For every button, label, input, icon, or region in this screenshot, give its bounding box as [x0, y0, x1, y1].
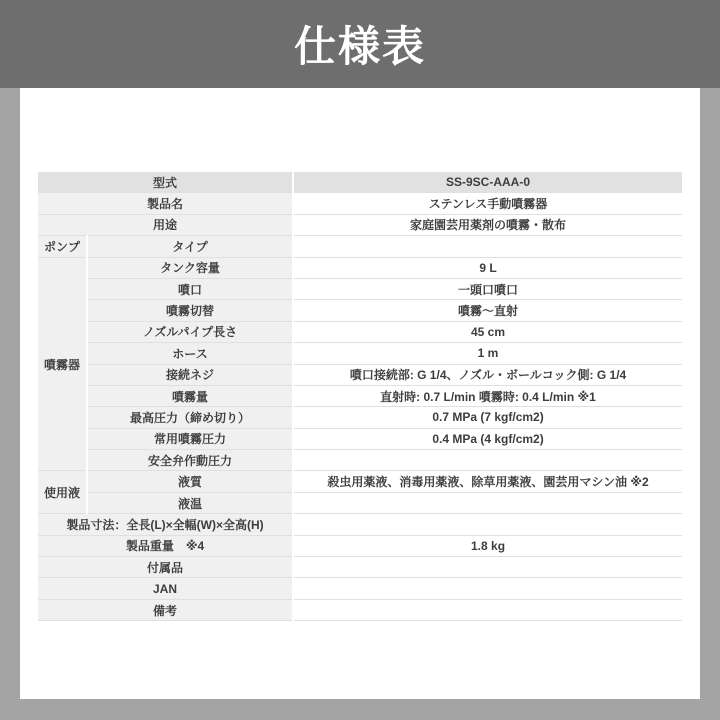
row-value [293, 236, 682, 257]
row-value: 一頭口噴口 [293, 278, 682, 299]
row-label: 噴霧切替 [87, 300, 293, 321]
table-row-hose: ホース 1 m [38, 343, 682, 364]
row-label: 常用噴霧圧力 [87, 428, 293, 449]
row-value: 1.8 kg [293, 535, 682, 556]
row-label: 安全弁作動圧力 [87, 450, 293, 471]
row-label: 型式 [38, 172, 293, 193]
row-value: 家庭園芸用薬剤の噴霧・散布 [293, 214, 682, 235]
table-row-dimensions: 製品寸法：全長(L)×全幅(W)×全高(H) [38, 514, 682, 535]
row-value [293, 557, 682, 578]
row-value: 噴口接続部: G 1/4、ノズル・ボールコック側: G 1/4 [293, 364, 682, 385]
row-value [293, 492, 682, 513]
table-row-remarks: 備考 [38, 599, 682, 620]
table-row-liquid-temp: 液温 [38, 492, 682, 513]
row-label: 製品重量 ※4 [38, 535, 293, 556]
table-row-nozzle-pipe-length: ノズルパイプ長さ 45 cm [38, 321, 682, 342]
row-label: 接続ネジ [87, 364, 293, 385]
row-label: ノズルパイプ長さ [87, 321, 293, 342]
row-value: 1 m [293, 343, 682, 364]
group-label-sprayer: 噴霧器 [38, 257, 87, 471]
row-value: 0.4 MPa (4 kgf/cm2) [293, 428, 682, 449]
row-label: 液質 [87, 471, 293, 492]
table-row-max-pressure: 最高圧力（締め切り） 0.7 MPa (7 kgf/cm2) [38, 407, 682, 428]
table-row-nozzle: 噴口 一頭口噴口 [38, 278, 682, 299]
row-value: 直射時: 0.7 L/min 噴霧時: 0.4 L/min ※1 [293, 385, 682, 406]
table-row-weight: 製品重量 ※4 1.8 kg [38, 535, 682, 556]
row-value: ステンレス手動噴霧器 [293, 193, 682, 214]
table-row-normal-pressure: 常用噴霧圧力 0.4 MPa (4 kgf/cm2) [38, 428, 682, 449]
table-row-spray-switch: 噴霧切替 噴霧～直射 [38, 300, 682, 321]
row-value: 0.7 MPa (7 kgf/cm2) [293, 407, 682, 428]
group-label-liquid: 使用液 [38, 471, 87, 514]
row-value [293, 578, 682, 599]
row-value [293, 514, 682, 535]
table-row-accessories: 付属品 [38, 557, 682, 578]
row-value: 殺虫用薬液、消毒用薬液、除草用薬液、園芸用マシン油 ※2 [293, 471, 682, 492]
table-row-spray-volume: 噴霧量 直射時: 0.7 L/min 噴霧時: 0.4 L/min ※1 [38, 385, 682, 406]
row-label: 用途 [38, 214, 293, 235]
table-row-product-name: 製品名 ステンレス手動噴霧器 [38, 193, 682, 214]
row-label: タンク容量 [87, 257, 293, 278]
spec-table: 型式 SS-9SC-AAA-0 製品名 ステンレス手動噴霧器 用途 家庭園芸用薬… [38, 172, 682, 621]
row-label: 製品名 [38, 193, 293, 214]
row-label: 噴口 [87, 278, 293, 299]
row-label: 備考 [38, 599, 293, 620]
header-bar: 仕様表 [0, 0, 720, 88]
table-row-liquid-type: 使用液 液質 殺虫用薬液、消毒用薬液、除草用薬液、園芸用マシン油 ※2 [38, 471, 682, 492]
row-value: 9 L [293, 257, 682, 278]
row-label: 付属品 [38, 557, 293, 578]
table-row-model: 型式 SS-9SC-AAA-0 [38, 172, 682, 193]
table-row-pump-type: ポンプ タイプ [38, 236, 682, 257]
row-value [293, 599, 682, 620]
table-row-use: 用途 家庭園芸用薬剤の噴霧・散布 [38, 214, 682, 235]
spec-table-body: 型式 SS-9SC-AAA-0 製品名 ステンレス手動噴霧器 用途 家庭園芸用薬… [38, 172, 682, 621]
row-label: 製品寸法：全長(L)×全幅(W)×全高(H) [38, 514, 293, 535]
row-label: 噴霧量 [87, 385, 293, 406]
table-row-safety-valve-pressure: 安全弁作動圧力 [38, 450, 682, 471]
group-label-pump: ポンプ [38, 236, 87, 257]
row-value [293, 450, 682, 471]
row-label: タイプ [87, 236, 293, 257]
table-row-connection-screw: 接続ネジ 噴口接続部: G 1/4、ノズル・ボールコック側: G 1/4 [38, 364, 682, 385]
content-panel: 型式 SS-9SC-AAA-0 製品名 ステンレス手動噴霧器 用途 家庭園芸用薬… [20, 88, 700, 699]
row-value: 45 cm [293, 321, 682, 342]
row-label: 液温 [87, 492, 293, 513]
table-row-tank-capacity: 噴霧器 タンク容量 9 L [38, 257, 682, 278]
row-label: ホース [87, 343, 293, 364]
row-value: SS-9SC-AAA-0 [293, 172, 682, 193]
row-label: 最高圧力（締め切り） [87, 407, 293, 428]
row-label: JAN [38, 578, 293, 599]
page-title: 仕様表 [294, 14, 426, 74]
row-value: 噴霧～直射 [293, 300, 682, 321]
table-row-jan: JAN [38, 578, 682, 599]
